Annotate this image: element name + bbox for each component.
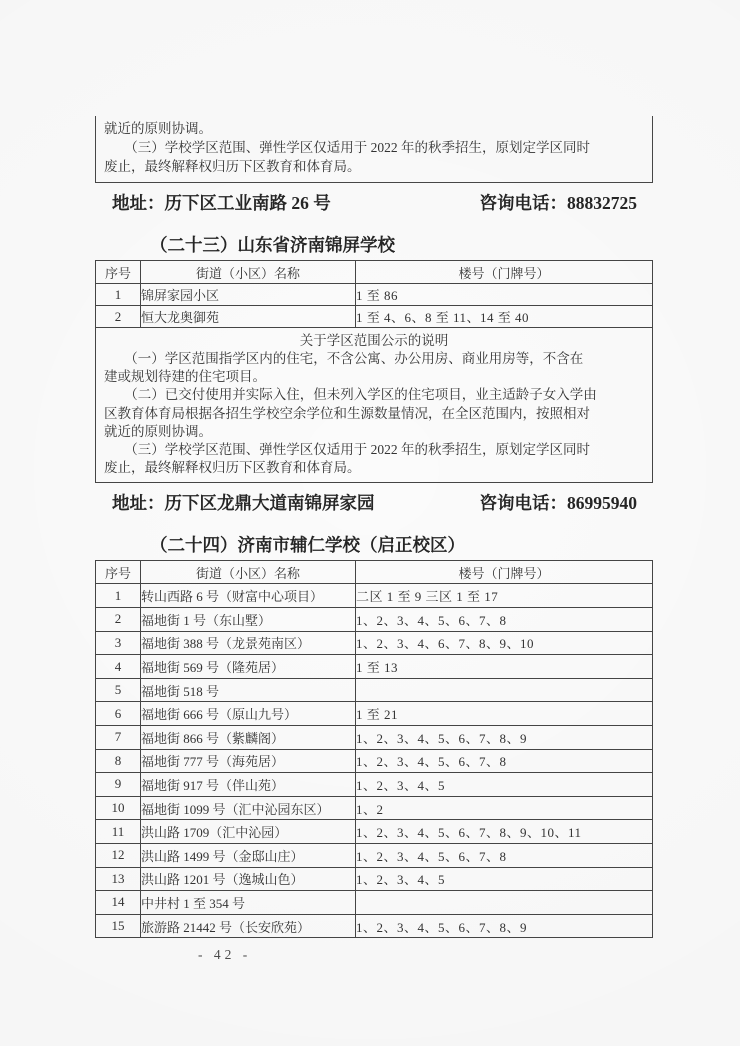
table-row: 1 锦屏家园小区 1 至 86 bbox=[96, 284, 653, 306]
building-cell: 1、2 bbox=[356, 796, 653, 820]
notice-text-line: （二）已交付使用并实际入住，但未列入学区的住宅项目，业主适龄子女入学由 bbox=[104, 386, 644, 404]
address-line-school22: 地址：历下区工业南路 26 号 咨询电话：88832725 bbox=[95, 190, 653, 216]
body-text-line: 就近的原则协调。 bbox=[104, 119, 644, 138]
table-row: 2 福地街 1 号（东山墅） 1、2、3、4、5、6、7、8 bbox=[96, 608, 653, 632]
street-cell: 洪山路 1709（汇中沁园） bbox=[141, 820, 356, 844]
notice-text-line: （三）学校学区范围、弹性学区仅适用于 2022 年的秋季招生，原划定学区同时 bbox=[104, 441, 644, 459]
notice-text-line: 区教育体育局根据各招生学校空余学位和生源数量情况，在全区范围内，按照相对 bbox=[104, 405, 644, 423]
body-text-line: 废止，最终解释权归历下区教育和体育局。 bbox=[104, 157, 644, 176]
seq-cell: 8 bbox=[96, 749, 141, 773]
table-row: 6 福地街 666 号（原山九号） 1 至 21 bbox=[96, 702, 653, 726]
table-row: 14 中井村 1 至 354 号 bbox=[96, 891, 653, 915]
building-cell: 1 至 4、6、8 至 11、14 至 40 bbox=[356, 306, 653, 328]
school-address: 地址：历下区工业南路 26 号 bbox=[112, 190, 331, 216]
continuation-text-box: 就近的原则协调。 （三）学校学区范围、弹性学区仅适用于 2022 年的秋季招生，… bbox=[95, 116, 653, 183]
building-cell: 1、2、3、4、5、6、7、8 bbox=[356, 843, 653, 867]
seq-cell: 5 bbox=[96, 678, 141, 702]
street-cell: 福地街 569 号（隆苑居） bbox=[141, 655, 356, 679]
header-street-name: 街道（小区）名称 bbox=[141, 561, 356, 584]
street-cell: 洪山路 1499 号（金邸山庄） bbox=[141, 843, 356, 867]
street-cell: 福地街 1099 号（汇中沁园东区） bbox=[141, 796, 356, 820]
building-cell: 1、2、3、4、5、6、7、8、9 bbox=[356, 914, 653, 938]
street-cell: 恒大龙奥御苑 bbox=[141, 306, 356, 328]
street-cell: 洪山路 1201 号（逸城山色） bbox=[141, 867, 356, 891]
table-row: 12 洪山路 1499 号（金邸山庄） 1、2、3、4、5、6、7、8 bbox=[96, 843, 653, 867]
school-phone: 咨询电话：86995940 bbox=[480, 490, 638, 516]
street-cell: 福地街 777 号（海苑居） bbox=[141, 749, 356, 773]
building-cell: 1、2、3、4、5 bbox=[356, 867, 653, 891]
notice-text-line: 废止，最终解释权归历下区教育和体育局。 bbox=[104, 459, 644, 477]
page-number: - 42 - bbox=[198, 947, 653, 963]
header-seq: 序号 bbox=[96, 561, 141, 584]
district-table-school23: 序号 街道（小区）名称 楼号（门牌号） 1 锦屏家园小区 1 至 86 2 恒大… bbox=[95, 260, 653, 483]
address-line-school23: 地址：历下区龙鼎大道南锦屏家园 咨询电话：86995940 bbox=[95, 490, 653, 516]
seq-cell: 2 bbox=[96, 306, 141, 328]
seq-cell: 10 bbox=[96, 796, 141, 820]
seq-cell: 1 bbox=[96, 284, 141, 306]
seq-cell: 15 bbox=[96, 914, 141, 938]
notice-text-line: 建或规划待建的住宅项目。 bbox=[104, 368, 644, 386]
table-row: 11 洪山路 1709（汇中沁园） 1、2、3、4、5、6、7、8、9、10、1… bbox=[96, 820, 653, 844]
street-cell: 旅游路 21442 号（长安欣苑） bbox=[141, 914, 356, 938]
building-cell: 1、2、3、4、5 bbox=[356, 773, 653, 797]
building-cell: 二区 1 至 9 三区 1 至 17 bbox=[356, 584, 653, 608]
building-cell: 1 至 86 bbox=[356, 284, 653, 306]
district-table-school24: 序号 街道（小区）名称 楼号（门牌号） 1 转山西路 6 号（财富中心项目） 二… bbox=[95, 560, 653, 938]
table-row: 1 转山西路 6 号（财富中心项目） 二区 1 至 9 三区 1 至 17 bbox=[96, 584, 653, 608]
school-address: 地址：历下区龙鼎大道南锦屏家园 bbox=[112, 490, 375, 516]
header-seq: 序号 bbox=[96, 261, 141, 284]
building-cell: 1 至 13 bbox=[356, 655, 653, 679]
section-title-24: （二十四）济南市辅仁学校（启正校区） bbox=[150, 533, 653, 558]
building-cell: 1、2、3、4、5、6、7、8、9 bbox=[356, 725, 653, 749]
street-cell: 锦屏家园小区 bbox=[141, 284, 356, 306]
street-cell: 福地街 666 号（原山九号） bbox=[141, 702, 356, 726]
seq-cell: 3 bbox=[96, 631, 141, 655]
seq-cell: 7 bbox=[96, 725, 141, 749]
building-cell: 1、2、3、4、5、6、7、8、9、10、11 bbox=[356, 820, 653, 844]
seq-cell: 1 bbox=[96, 584, 141, 608]
notice-row: 关于学区范围公示的说明 （一）学区范围指学区内的住宅，不含公寓、办公用房、商业用… bbox=[96, 328, 653, 483]
notice-text-line: 就近的原则协调。 bbox=[104, 423, 644, 441]
table-row: 5 福地街 518 号 bbox=[96, 678, 653, 702]
table-row: 4 福地街 569 号（隆苑居） 1 至 13 bbox=[96, 655, 653, 679]
street-cell: 中井村 1 至 354 号 bbox=[141, 891, 356, 915]
seq-cell: 11 bbox=[96, 820, 141, 844]
street-cell: 福地街 1 号（东山墅） bbox=[141, 608, 356, 632]
seq-cell: 14 bbox=[96, 891, 141, 915]
table-row: 13 洪山路 1201 号（逸城山色） 1、2、3、4、5 bbox=[96, 867, 653, 891]
district-notice: 关于学区范围公示的说明 （一）学区范围指学区内的住宅，不含公寓、办公用房、商业用… bbox=[96, 328, 653, 483]
table-header-row: 序号 街道（小区）名称 楼号（门牌号） bbox=[96, 561, 653, 584]
body-text-line: （三）学校学区范围、弹性学区仅适用于 2022 年的秋季招生，原划定学区同时 bbox=[104, 138, 644, 157]
seq-cell: 13 bbox=[96, 867, 141, 891]
header-building-no: 楼号（门牌号） bbox=[356, 561, 653, 584]
seq-cell: 12 bbox=[96, 843, 141, 867]
table-row: 7 福地街 866 号（紫麟阁） 1、2、3、4、5、6、7、8、9 bbox=[96, 725, 653, 749]
building-cell: 1 至 21 bbox=[356, 702, 653, 726]
document-page: 就近的原则协调。 （三）学校学区范围、弹性学区仅适用于 2022 年的秋季招生，… bbox=[95, 116, 653, 963]
table-row: 9 福地街 917 号（伴山苑） 1、2、3、4、5 bbox=[96, 773, 653, 797]
table-row: 3 福地街 388 号（龙景苑南区） 1、2、3、4、6、7、8、9、10 bbox=[96, 631, 653, 655]
table-header-row: 序号 街道（小区）名称 楼号（门牌号） bbox=[96, 261, 653, 284]
building-cell: 1、2、3、4、5、6、7、8 bbox=[356, 608, 653, 632]
header-street-name: 街道（小区）名称 bbox=[141, 261, 356, 284]
building-cell: 1、2、3、4、6、7、8、9、10 bbox=[356, 631, 653, 655]
street-cell: 福地街 917 号（伴山苑） bbox=[141, 773, 356, 797]
seq-cell: 4 bbox=[96, 655, 141, 679]
street-cell: 福地街 518 号 bbox=[141, 678, 356, 702]
street-cell: 福地街 388 号（龙景苑南区） bbox=[141, 631, 356, 655]
seq-cell: 2 bbox=[96, 608, 141, 632]
notice-text-line: （一）学区范围指学区内的住宅，不含公寓、办公用房、商业用房等，不含在 bbox=[104, 350, 644, 368]
street-cell: 转山西路 6 号（财富中心项目） bbox=[141, 584, 356, 608]
section-title-23: （二十三）山东省济南锦屏学校 bbox=[150, 233, 653, 258]
table-row: 2 恒大龙奥御苑 1 至 4、6、8 至 11、14 至 40 bbox=[96, 306, 653, 328]
table-row: 8 福地街 777 号（海苑居） 1、2、3、4、5、6、7、8 bbox=[96, 749, 653, 773]
seq-cell: 9 bbox=[96, 773, 141, 797]
notice-title: 关于学区范围公示的说明 bbox=[104, 331, 644, 350]
school-phone: 咨询电话：88832725 bbox=[480, 190, 638, 216]
seq-cell: 6 bbox=[96, 702, 141, 726]
table-row: 15 旅游路 21442 号（长安欣苑） 1、2、3、4、5、6、7、8、9 bbox=[96, 914, 653, 938]
street-cell: 福地街 866 号（紫麟阁） bbox=[141, 725, 356, 749]
building-cell bbox=[356, 891, 653, 915]
building-cell: 1、2、3、4、5、6、7、8 bbox=[356, 749, 653, 773]
header-building-no: 楼号（门牌号） bbox=[356, 261, 653, 284]
building-cell bbox=[356, 678, 653, 702]
table-row: 10 福地街 1099 号（汇中沁园东区） 1、2 bbox=[96, 796, 653, 820]
